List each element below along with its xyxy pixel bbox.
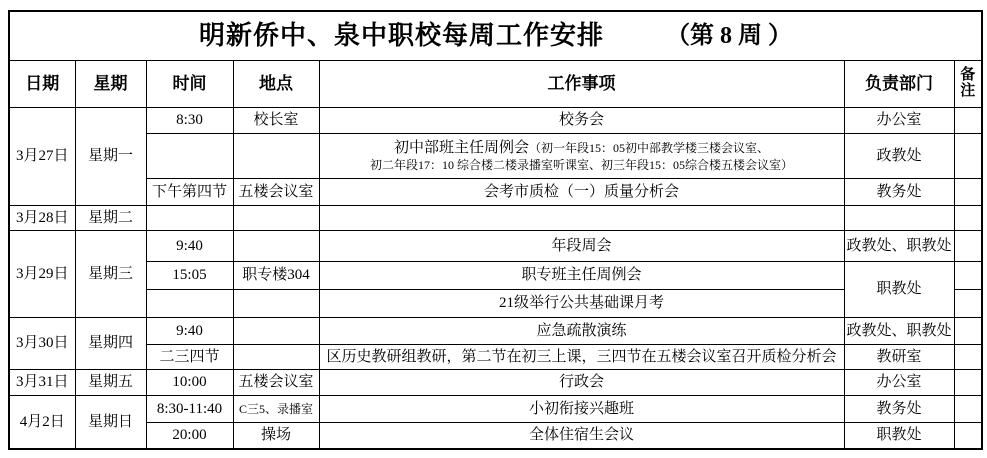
weekday-cell: 星期四 bbox=[75, 318, 146, 370]
department-cell: 办公室 bbox=[844, 108, 954, 134]
location-cell bbox=[233, 345, 319, 370]
weekday-cell: 星期一 bbox=[75, 108, 146, 206]
task-detail-2: 初二年段17：10 综合楼二楼录播室听课室、初三年段15：05综合楼五楼会议室） bbox=[321, 157, 843, 173]
task-cell: 初中部班主任周例会（初一年段15：05初中部教学楼三楼会议室、 初二年段17：1… bbox=[319, 134, 844, 179]
table-row: 3月31日 星期五 10:00 五楼会议室 行政会 办公室 bbox=[9, 370, 982, 396]
note-header-char2: 注 bbox=[956, 84, 981, 100]
column-header-weekday: 星期 bbox=[75, 61, 146, 108]
department-cell: 政教处、职教处 bbox=[844, 231, 954, 262]
date-cell: 3月30日 bbox=[9, 318, 75, 370]
table-row: 3月28日 星期二 bbox=[9, 206, 982, 231]
time-cell: 8:30-11:40 bbox=[146, 396, 233, 423]
department-cell: 政教处、职教处 bbox=[844, 318, 954, 345]
time-cell: 15:05 bbox=[146, 262, 233, 290]
title-week-number: （第 8 周 ） bbox=[666, 21, 792, 51]
column-header-location: 地点 bbox=[233, 61, 319, 108]
task-cell: 小初衔接兴趣班 bbox=[319, 396, 844, 423]
note-cell bbox=[954, 134, 982, 179]
note-header-char1: 备 bbox=[956, 68, 981, 84]
task-cell: 全体住宿生会议 bbox=[319, 423, 844, 450]
column-header-note: 备 注 bbox=[954, 61, 982, 108]
task-cell: 会考市质检（一）质量分析会 bbox=[319, 179, 844, 206]
title-main-text: 明新侨中、泉中职校每周工作安排 bbox=[199, 20, 604, 53]
table-title-cell: 明新侨中、泉中职校每周工作安排 （第 8 周 ） bbox=[9, 11, 982, 61]
note-cell bbox=[954, 423, 982, 450]
location-cell bbox=[233, 318, 319, 345]
time-cell: 20:00 bbox=[146, 423, 233, 450]
task-title: 初中部班主任周例会 bbox=[394, 140, 529, 156]
note-cell bbox=[954, 318, 982, 345]
note-cell bbox=[954, 370, 982, 396]
location-cell bbox=[233, 290, 319, 318]
task-cell: 行政会 bbox=[319, 370, 844, 396]
table-row: 初中部班主任周例会（初一年段15：05初中部教学楼三楼会议室、 初二年段17：1… bbox=[9, 134, 982, 179]
time-cell: 9:40 bbox=[146, 231, 233, 262]
time-cell bbox=[146, 134, 233, 179]
department-cell: 职教处 bbox=[844, 423, 954, 450]
location-cell: 职专楼304 bbox=[233, 262, 319, 290]
task-cell bbox=[319, 206, 844, 231]
table-row: 二三四节 区历史教研组教研，第二节在初三上课，三四节在五楼会议室召开质检分析会 … bbox=[9, 345, 982, 370]
location-cell: 操场 bbox=[233, 423, 319, 450]
task-cell: 区历史教研组教研，第二节在初三上课，三四节在五楼会议室召开质检分析会 bbox=[319, 345, 844, 370]
time-cell: 9:40 bbox=[146, 318, 233, 345]
location-cell bbox=[233, 206, 319, 231]
weekly-work-schedule-table: 明新侨中、泉中职校每周工作安排 （第 8 周 ） 日期 星期 时间 地点 工作事… bbox=[8, 10, 983, 450]
location-cell bbox=[233, 134, 319, 179]
note-cell bbox=[954, 262, 982, 290]
note-cell bbox=[954, 206, 982, 231]
task-cell: 校务会 bbox=[319, 108, 844, 134]
location-cell: 五楼会议室 bbox=[233, 370, 319, 396]
column-header-task: 工作事项 bbox=[319, 61, 844, 108]
table-row: 3月30日 星期四 9:40 应急疏散演练 政教处、职教处 bbox=[9, 318, 982, 345]
note-cell bbox=[954, 396, 982, 423]
location-cell bbox=[233, 231, 319, 262]
time-cell bbox=[146, 206, 233, 231]
department-cell: 教务处 bbox=[844, 179, 954, 206]
department-cell bbox=[844, 206, 954, 231]
department-cell: 职教处 bbox=[844, 262, 954, 318]
weekday-cell: 星期三 bbox=[75, 231, 146, 318]
time-cell: 10:00 bbox=[146, 370, 233, 396]
title-row: 明新侨中、泉中职校每周工作安排 （第 8 周 ） bbox=[9, 11, 982, 61]
column-header-date: 日期 bbox=[9, 61, 75, 108]
department-cell: 教务处 bbox=[844, 396, 954, 423]
department-cell: 办公室 bbox=[844, 370, 954, 396]
note-cell bbox=[954, 345, 982, 370]
column-header-department: 负责部门 bbox=[844, 61, 954, 108]
table-row: 下午第四节 五楼会议室 会考市质检（一）质量分析会 教务处 bbox=[9, 179, 982, 206]
department-cell: 教研室 bbox=[844, 345, 954, 370]
date-cell: 3月31日 bbox=[9, 370, 75, 396]
location-cell: 校长室 bbox=[233, 108, 319, 134]
table-row: 4月2日 星期日 8:30-11:40 C三5、录播室 小初衔接兴趣班 教务处 bbox=[9, 396, 982, 423]
column-header-time: 时间 bbox=[146, 61, 233, 108]
weekday-cell: 星期日 bbox=[75, 396, 146, 450]
note-cell bbox=[954, 290, 982, 318]
task-detail-1: （初一年段15：05初中部教学楼三楼会议室、 bbox=[529, 141, 769, 155]
task-cell: 应急疏散演练 bbox=[319, 318, 844, 345]
page-title: 明新侨中、泉中职校每周工作安排 （第 8 周 ） bbox=[11, 20, 980, 53]
note-cell bbox=[954, 231, 982, 262]
date-cell: 3月28日 bbox=[9, 206, 75, 231]
date-cell: 3月27日 bbox=[9, 108, 75, 206]
task-cell: 职专班主任周例会 bbox=[319, 262, 844, 290]
location-cell: 五楼会议室 bbox=[233, 179, 319, 206]
table-row: 20:00 操场 全体住宿生会议 职教处 bbox=[9, 423, 982, 450]
time-cell: 下午第四节 bbox=[146, 179, 233, 206]
task-cell: 年段周会 bbox=[319, 231, 844, 262]
date-cell: 3月29日 bbox=[9, 231, 75, 318]
task-line1: 初中部班主任周例会（初一年段15：05初中部教学楼三楼会议室、 bbox=[321, 139, 843, 158]
task-cell: 21级举行公共基础课月考 bbox=[319, 290, 844, 318]
table-row: 3月27日 星期一 8:30 校长室 校务会 办公室 bbox=[9, 108, 982, 134]
note-cell bbox=[954, 179, 982, 206]
table-row: 15:05 职专楼304 职专班主任周例会 职教处 bbox=[9, 262, 982, 290]
header-row: 日期 星期 时间 地点 工作事项 负责部门 备 注 bbox=[9, 61, 982, 108]
date-cell: 4月2日 bbox=[9, 396, 75, 450]
location-cell: C三5、录播室 bbox=[233, 396, 319, 423]
weekday-cell: 星期二 bbox=[75, 206, 146, 231]
table-row: 21级举行公共基础课月考 bbox=[9, 290, 982, 318]
time-cell: 二三四节 bbox=[146, 345, 233, 370]
time-cell: 8:30 bbox=[146, 108, 233, 134]
note-cell bbox=[954, 108, 982, 134]
time-cell bbox=[146, 290, 233, 318]
department-cell: 政教处 bbox=[844, 134, 954, 179]
weekday-cell: 星期五 bbox=[75, 370, 146, 396]
table-row: 3月29日 星期三 9:40 年段周会 政教处、职教处 bbox=[9, 231, 982, 262]
